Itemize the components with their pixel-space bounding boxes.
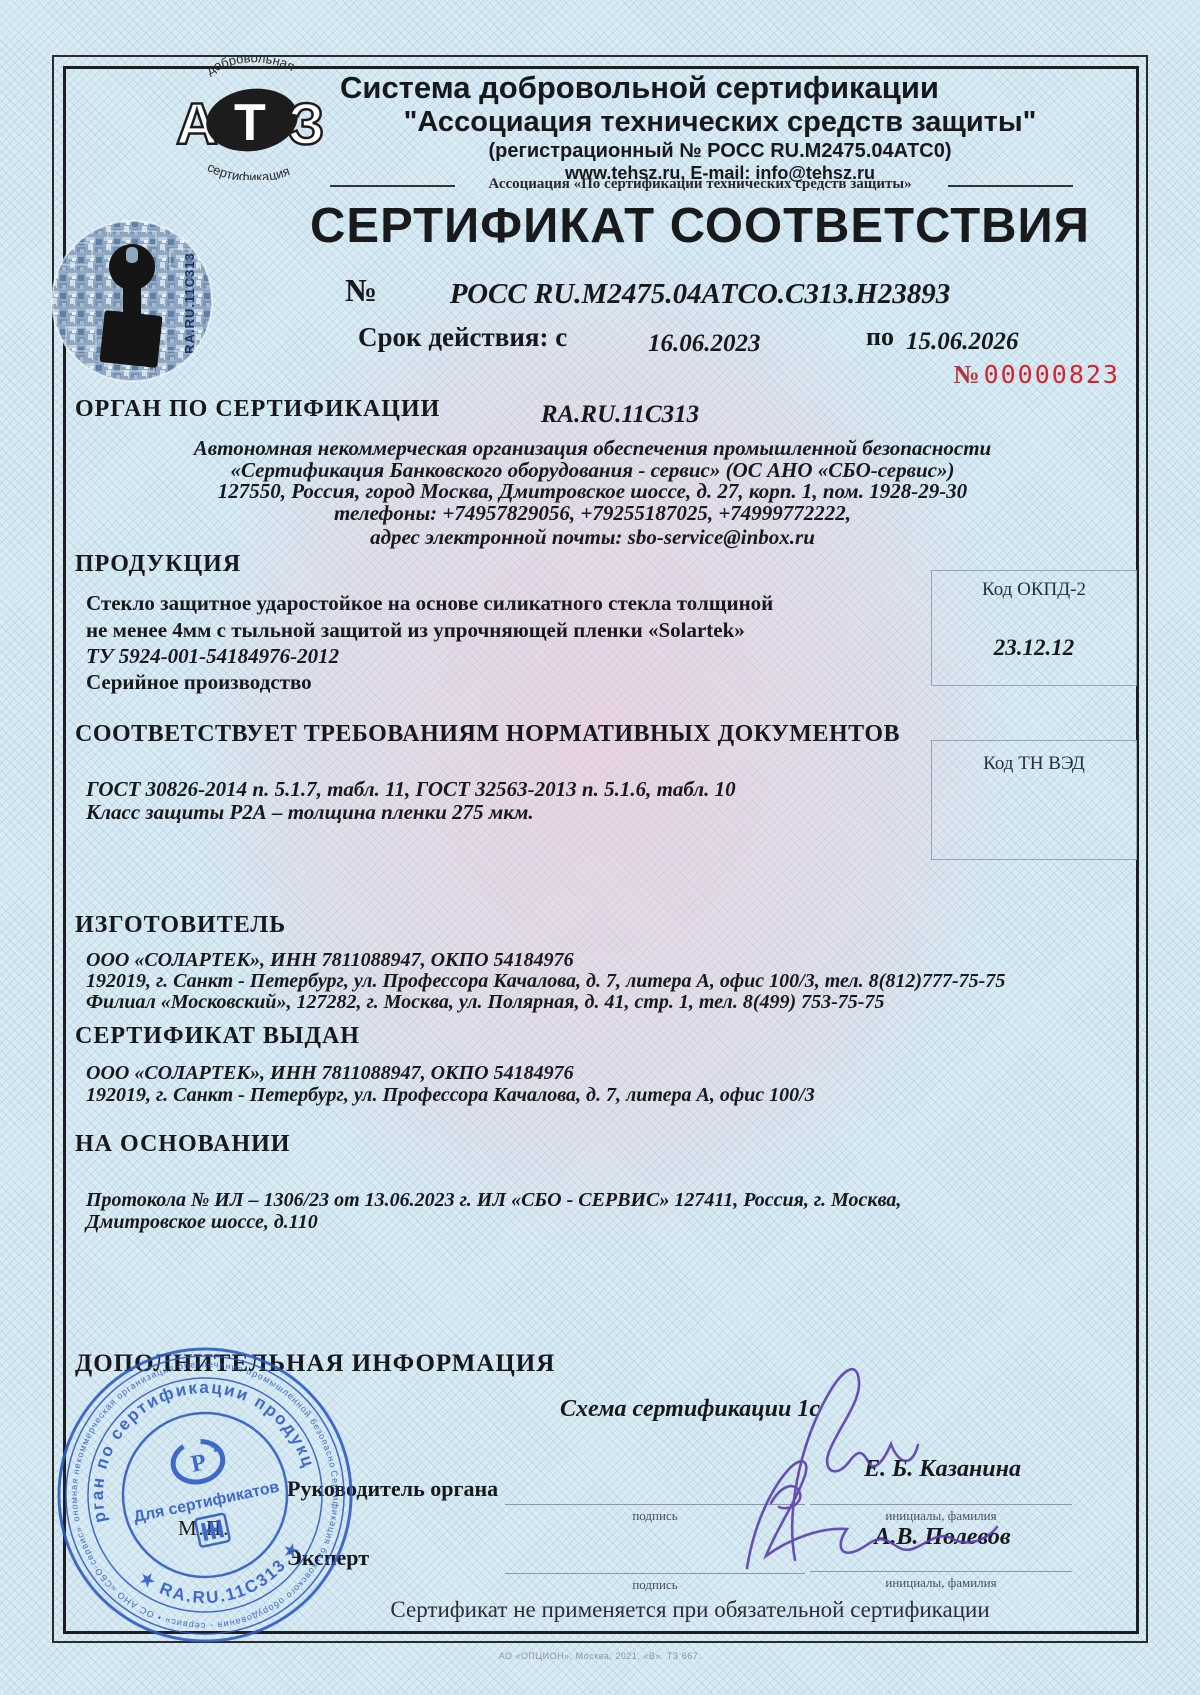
rst-logo: Р т (169, 1437, 226, 1487)
subheader-rule-right (948, 185, 1073, 187)
certificate-title: СЕРТИФИКАТ СООТВЕТСТВИЯ (300, 198, 1100, 254)
system-title: Система добровольной сертификации (340, 70, 1100, 106)
certificate-page: { "header": { "logo": { "top_arc": "добр… (0, 0, 1200, 1695)
svg-text:т: т (210, 1440, 220, 1456)
compliance-line-1: ГОСТ 30826-2014 п. 5.1.7, табл. 11, ГОСТ… (86, 777, 906, 802)
valid-from-date: 16.06.2023 (648, 330, 761, 358)
organ-line: адрес электронной почты: sbo-service@inb… (100, 525, 1085, 550)
issued-line: 192019, г. Санкт - Петербург, ул. Профес… (86, 1084, 1106, 1107)
manufacturer-heading: ИЗГОТОВИТЕЛЬ (75, 912, 286, 939)
expert-signature-line (505, 1572, 805, 1574)
logo-bottom-arc-text: сертификация (205, 159, 292, 180)
expert-name: А.В. Полевов (815, 1524, 1070, 1551)
association-title: "Ассоциация технических средств защиты" (340, 106, 1100, 139)
product-line-2: не менее 4мм с тыльной защитой из упрочн… (86, 618, 886, 643)
compliance-heading: СООТВЕТСТВУЕТ ТРЕБОВАНИЯМ НОРМАТИВНЫХ ДО… (75, 721, 900, 748)
product-line-1: Стекло защитное ударостойкое на основе с… (86, 591, 886, 616)
print-info: АО «ОПЦИОН», Москва, 2021, «В». ТЗ 667. (300, 1651, 900, 1661)
organ-line: телефоны: +74957829056, +79255187025, +7… (100, 501, 1085, 526)
blank-number-value: 00000823 (984, 360, 1120, 389)
tnved-label: Код ТН ВЭД (932, 753, 1136, 775)
logo-top-arc-text: добровольная (203, 52, 297, 77)
okpd-value: 23.12.12 (932, 635, 1136, 661)
product-serial-line: Серийное производство (86, 670, 886, 695)
hologram-sticker: RA.RU.11C313 (50, 219, 214, 383)
expert-name-line (810, 1570, 1072, 1572)
cert-number-value: РОСС RU.M2475.04АТСО.С313.Н23893 (420, 278, 980, 311)
issued-line: ООО «СОЛАРТЕК», ИНН 7811088947, ОКПО 541… (86, 1062, 1106, 1085)
manufacturer-line: Филиал «Московский», 127282, г. Москва, … (86, 991, 1106, 1014)
organ-heading: ОРГАН ПО СЕРТИФИКАЦИИ (75, 396, 440, 423)
basis-heading: НА ОСНОВАНИИ (75, 1131, 290, 1158)
logo-letter-t: Т (234, 94, 266, 152)
okpd-box: Код ОКПД-2 23.12.12 (931, 570, 1137, 686)
svg-text:Р: Р (189, 1449, 209, 1477)
certification-stamp: Автономная некоммерческая организация об… (27, 1317, 383, 1673)
basis-line: Дмитровское шоссе, д.110 (86, 1211, 1106, 1234)
blank-number-row: № 00000823 (880, 360, 1120, 390)
product-heading: ПРОДУКЦИЯ (75, 551, 241, 578)
validity-label: Срок действия: с (358, 322, 567, 353)
manufacturer-line: ООО «СОЛАРТЕК», ИНН 7811088947, ОКПО 541… (86, 949, 1106, 972)
registration-number: (регистрационный № РОСС RU.M2475.04АТС0) (340, 140, 1100, 163)
valid-to-date: 15.06.2026 (906, 328, 1019, 356)
cert-number-sign: № (345, 272, 377, 309)
head-signature-line (505, 1503, 805, 1505)
atz-logo: добровольная А Т З сертификация (148, 52, 348, 180)
tnved-box: Код ТН ВЭД (931, 740, 1137, 860)
blank-number-sign: № (953, 360, 979, 389)
manufacturer-line: 192019, г. Санкт - Петербург, ул. Профес… (86, 970, 1106, 993)
valid-to-label: по (866, 322, 894, 352)
expert-name-caption: инициалы, фамилия (810, 1575, 1072, 1591)
logo-letter-z: З (288, 92, 324, 157)
product-tu-line: ТУ 5924-001-54184976-2012 (86, 644, 886, 669)
compliance-line-2: Класс защиты Р2А – толщина пленки 275 мк… (86, 800, 906, 825)
organ-code: RA.RU.11С313 (470, 401, 770, 429)
basis-line: Протокола № ИЛ – 1306/23 от 13.06.2023 г… (86, 1189, 1106, 1212)
stamp-ring-code: ★ RA.RU.11С313 ★ (133, 1535, 313, 1623)
issued-heading: СЕРТИФИКАТ ВЫДАН (75, 1023, 360, 1050)
sticker-code-text: RA.RU.11C313 (182, 252, 197, 354)
head-name-line (810, 1503, 1072, 1505)
head-name: Е. Б. Казанина (815, 1456, 1070, 1483)
head-signature-caption: подпись (505, 1508, 805, 1524)
eac-mark-icon (195, 1513, 230, 1547)
subheader-rule-left (330, 185, 455, 187)
svg-text:★ RA.RU.11С313 ★: ★ RA.RU.11С313 ★ (133, 1535, 313, 1623)
svg-text:добровольная: добровольная (203, 52, 297, 77)
stamp-center-line: Для сертификатов (132, 1479, 281, 1527)
okpd-label: Код ОКПД-2 (932, 579, 1136, 601)
svg-text:сертификация: сертификация (205, 159, 292, 180)
expert-signature-caption: подпись (505, 1577, 805, 1593)
head-name-caption: инициалы, фамилия (810, 1508, 1072, 1524)
certification-scheme: Схема сертификации 1с (480, 1396, 900, 1423)
subheader-association: Ассоциация «По сертификации технических … (460, 176, 940, 193)
